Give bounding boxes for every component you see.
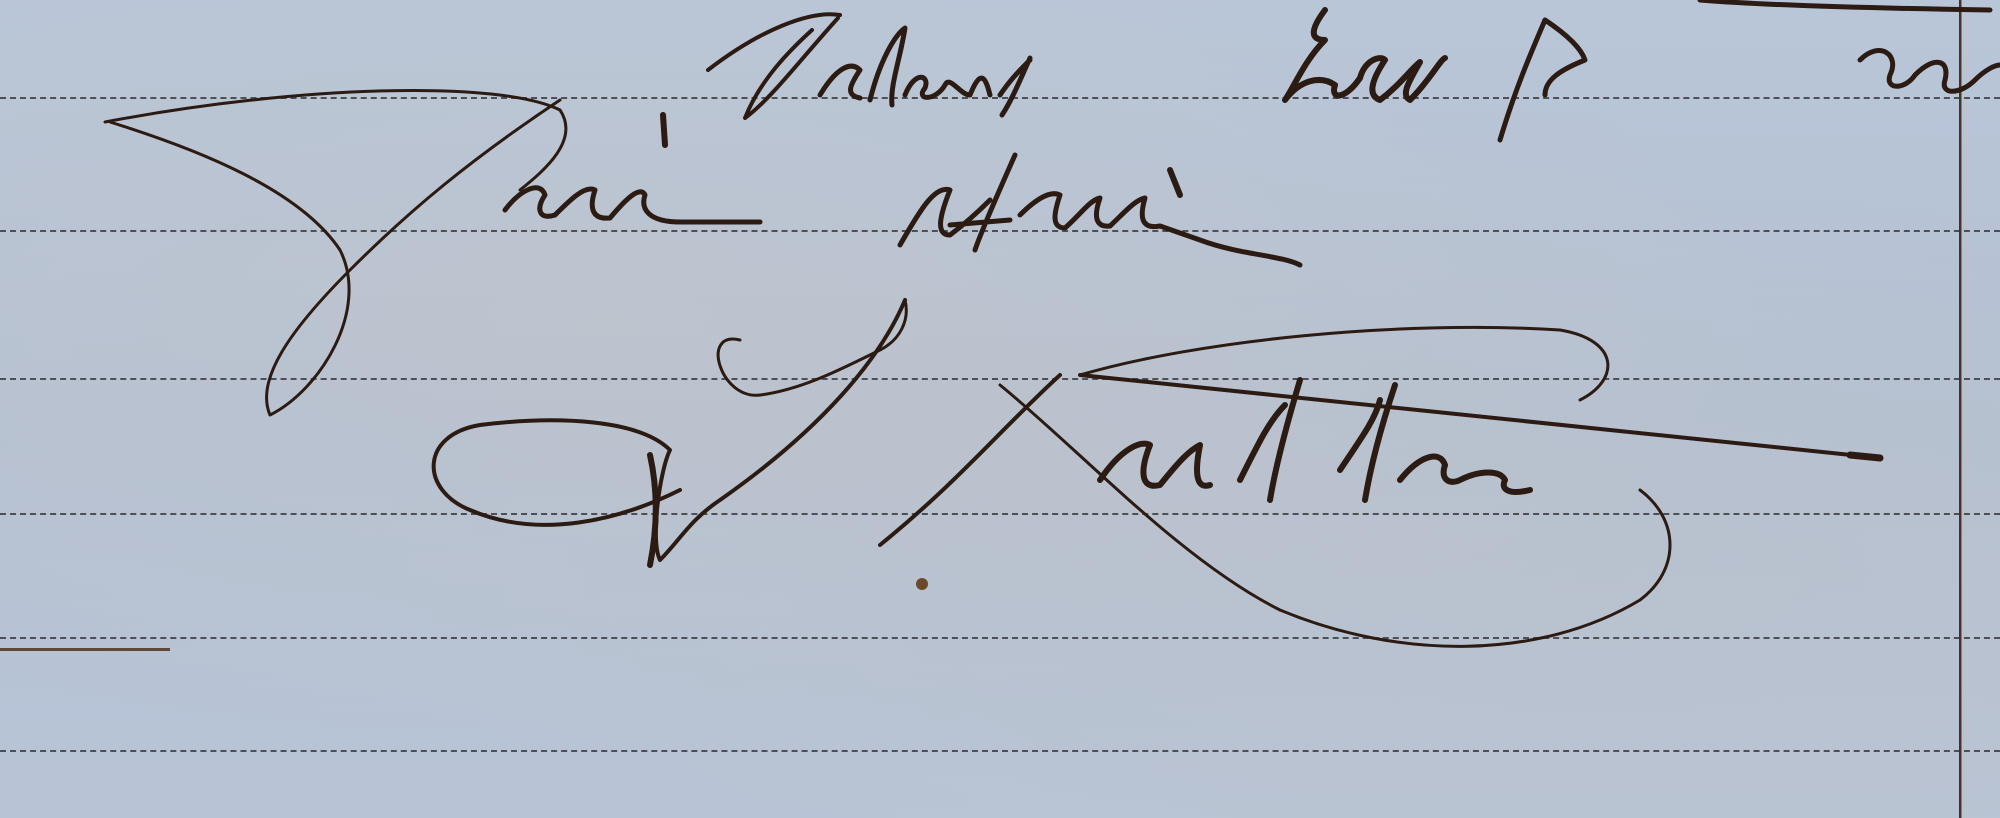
document-page: Valeur 2000 Fra Jarie otstacia L. Vuitto…	[0, 0, 2000, 818]
place-line-handwriting	[105, 90, 1300, 415]
handwriting	[0, 0, 2000, 818]
value-line-handwriting	[708, 0, 2000, 140]
signature-handwriting	[434, 300, 1880, 646]
ink-spot	[916, 578, 928, 590]
